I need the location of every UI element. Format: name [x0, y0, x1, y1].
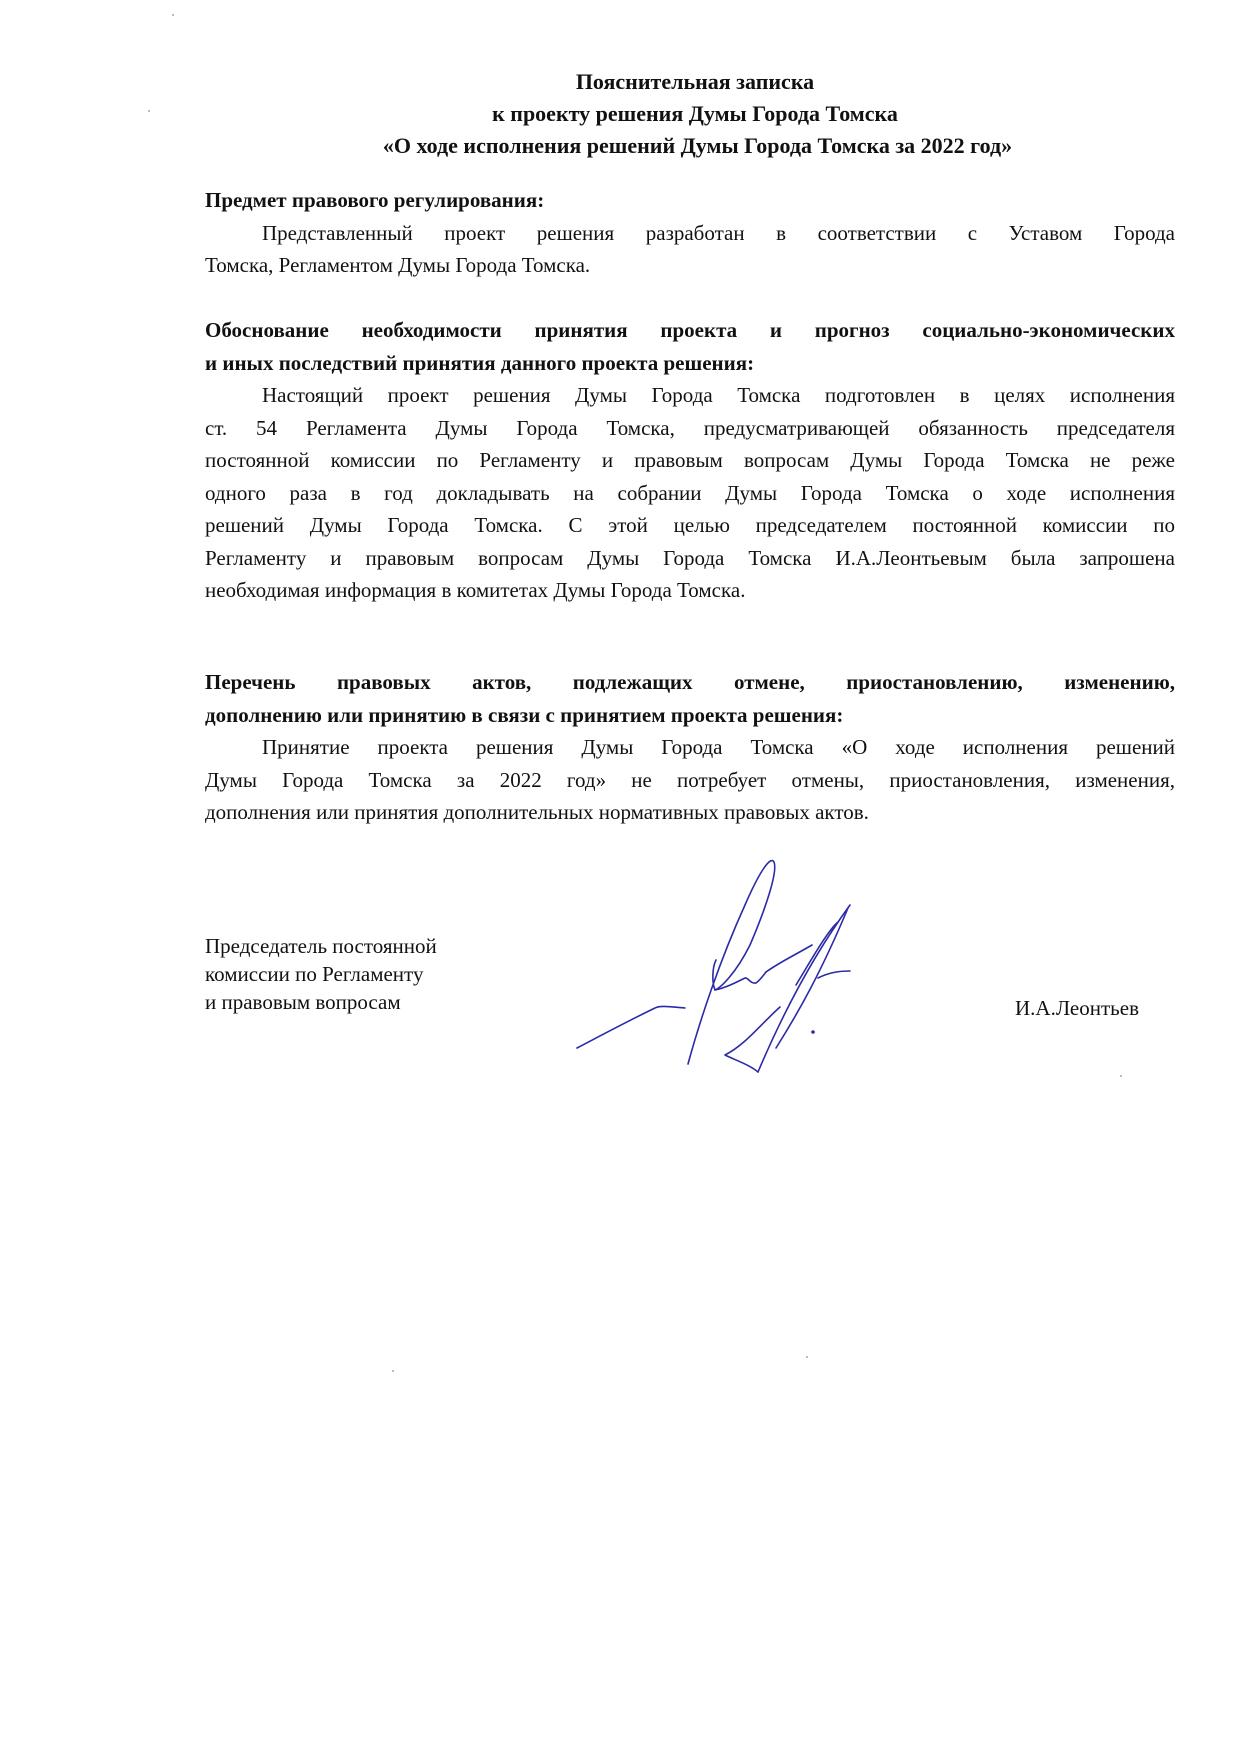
scan-speck: [806, 1356, 808, 1358]
position-line: и правовым вопросам: [205, 988, 437, 1016]
heading-line: Перечень правовых актов, подлежащих отме…: [205, 666, 1175, 699]
document-page: Пояснительная записка к проекту решения …: [0, 0, 1240, 1753]
heading-line: Обоснование необходимости принятия проек…: [205, 314, 1175, 347]
heading-line: Предмет правового регулирования:: [205, 188, 544, 212]
scan-speck: [392, 1370, 394, 1372]
body-line: решений Думы Города Томска. С этой целью…: [205, 509, 1175, 542]
handwritten-signature-icon: [560, 850, 880, 1090]
body-line: постоянной комиссии по Регламенту и прав…: [205, 444, 1175, 477]
heading-line: дополнению или принятию в связи с принят…: [205, 699, 1175, 732]
section-acts-list: Перечень правовых актов, подлежащих отме…: [205, 666, 1175, 829]
title-line-1: Пояснительная записка: [0, 66, 1240, 98]
scan-speck: [148, 110, 150, 112]
body-line: Думы Города Томска за 2022 год» не потре…: [205, 764, 1175, 797]
section-body: Представленный проект решения разработан…: [205, 217, 1175, 282]
body-line: Принятие проекта решения Думы Города Том…: [205, 731, 1175, 764]
body-line: Настоящий проект решения Думы Города Том…: [205, 379, 1175, 412]
document-title: Пояснительная записка к проекту решения …: [0, 66, 1240, 162]
body-line: ст. 54 Регламента Думы Города Томска, пр…: [205, 412, 1175, 445]
position-line: комиссии по Регламенту: [205, 960, 437, 988]
body-line: Томска, Регламентом Думы Города Томска.: [205, 249, 1175, 282]
section-body: Принятие проекта решения Думы Города Том…: [205, 731, 1175, 829]
heading-line: и иных последствий принятия данного прое…: [205, 347, 1175, 380]
section-legal-subject: Предмет правового регулирования: Предста…: [205, 184, 1175, 282]
body-line: дополнения или принятия дополнительных н…: [205, 796, 1175, 829]
section-heading: Перечень правовых актов, подлежащих отме…: [205, 666, 1175, 731]
body-line: необходимая информация в комитетах Думы …: [205, 574, 1175, 607]
title-line-3: «О ходе исполнения решений Думы Города Т…: [0, 130, 1240, 162]
body-line: одного раза в год докладывать на собрани…: [205, 477, 1175, 510]
section-justification: Обоснование необходимости принятия проек…: [205, 314, 1175, 607]
scan-speck: [1120, 1075, 1122, 1077]
section-heading: Обоснование необходимости принятия проек…: [205, 314, 1175, 379]
title-line-2: к проекту решения Думы Города Томска: [0, 98, 1240, 130]
scan-speck: [172, 14, 174, 16]
body-line: Регламенту и правовым вопросам Думы Горо…: [205, 542, 1175, 575]
position-line: Председатель постоянной: [205, 932, 437, 960]
section-heading: Предмет правового регулирования:: [205, 184, 1175, 217]
section-body: Настоящий проект решения Думы Города Том…: [205, 379, 1175, 607]
signatory-position: Председатель постоянной комиссии по Регл…: [205, 932, 437, 1016]
body-line: Представленный проект решения разработан…: [205, 217, 1175, 250]
signatory-name: И.А.Леонтьев: [1015, 994, 1139, 1022]
